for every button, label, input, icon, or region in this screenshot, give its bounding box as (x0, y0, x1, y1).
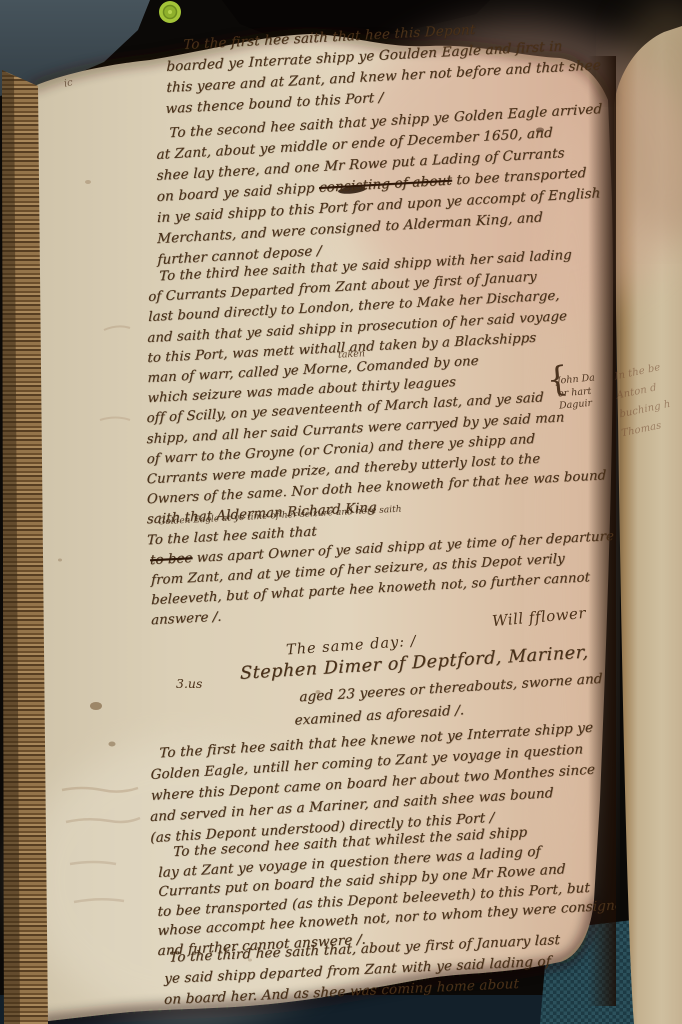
margin-mark: ic (63, 77, 74, 89)
interlined-word: taken (338, 348, 366, 360)
answer-2-paragraph: To the second hee saith that ye shipp ye… (156, 99, 609, 271)
brace-glyph: { (546, 373, 569, 387)
deponent-number: 3.us (176, 676, 202, 691)
manuscript-photo: ic To the first hee saith that hee this … (0, 0, 682, 1024)
answer-3-paragraph: To the third hee saith that ye said ship… (148, 244, 616, 631)
struck-text: to bee (150, 551, 193, 568)
left-page-text: ic To the first hee saith that hee this … (0, 0, 616, 1012)
marginal-insertion: { John Daor hartDaguir (556, 372, 597, 413)
